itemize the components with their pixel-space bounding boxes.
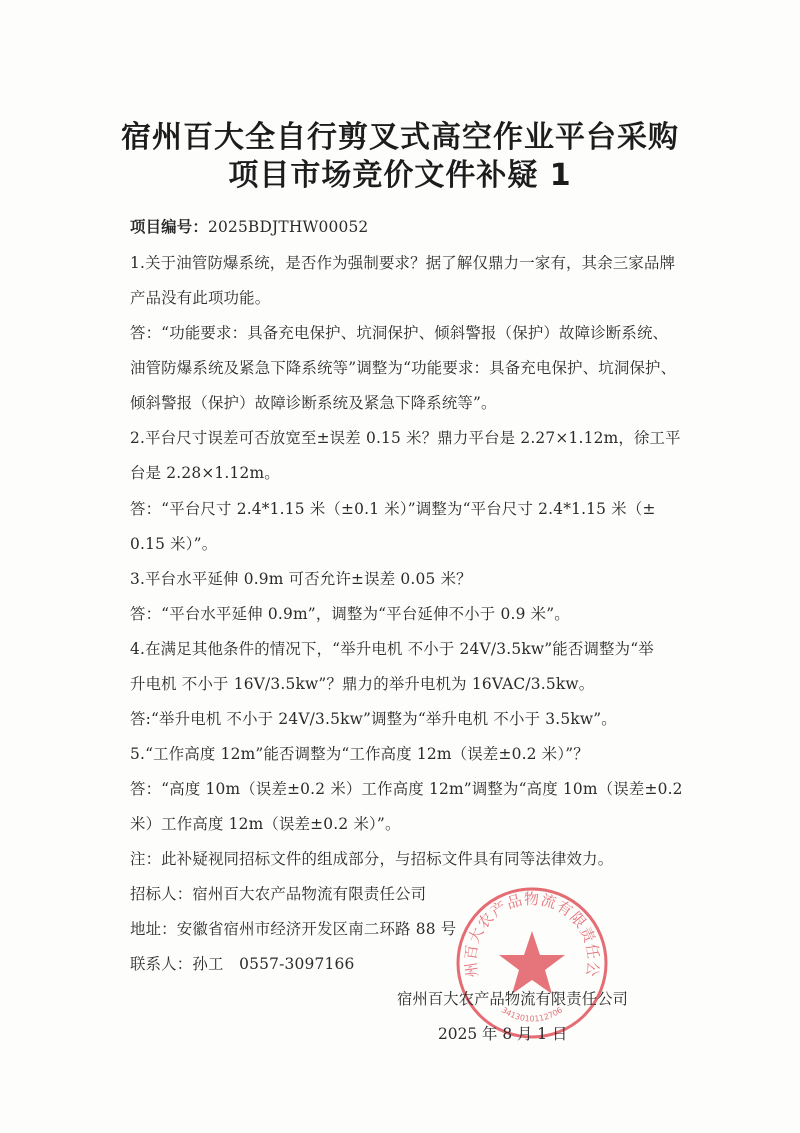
question-2-line-1: 2.平台尺寸误差可否放宽至±误差 0.15 米？鼎力平台是 2.27×1.12m…	[130, 426, 681, 448]
project-number: 项目编号：2025BDJTHW00052	[130, 215, 368, 237]
star-icon	[499, 931, 565, 994]
project-number-value: 2025BDJTHW00052	[208, 218, 368, 236]
signature-company: 宿州百大农产品物流有限责任公司	[397, 987, 628, 1009]
answer-2-line-2: 0.15 米）”。	[130, 532, 217, 554]
answer-3: 答：“平台水平延伸 0.9m”，调整为“平台延伸不小于 0.9 米”。	[130, 602, 570, 624]
question-5: 5.“工作高度 12m”能否调整为“工作高度 12m（误差±0.2 米）”？	[130, 742, 589, 764]
document-title-line-2: 项目市场竞价文件补疑 1	[0, 150, 800, 194]
company-seal-stamp: 宿州百大农产品物流有限责任公司 3413010112706	[452, 883, 612, 1043]
answer-5-line-2: 米）工作高度 12m（误差±0.2 米）”。	[130, 812, 401, 834]
project-number-label: 项目编号：	[130, 218, 208, 236]
address: 地址：安徽省宿州市经济开发区南二环路 88 号	[130, 917, 456, 939]
question-4-line-2: 升电机 不小于 16V/3.5kw”？鼎力的举升电机为 16VAC/3.5kw。	[130, 672, 594, 694]
answer-2-line-1: 答：“平台尺寸 2.4*1.15 米（±0.1 米）”调整为“平台尺寸 2.4*…	[130, 497, 656, 519]
answer-5-line-1: 答：“高度 10m（误差±0.2 米）工作高度 12m”调整为“高度 10m（误…	[130, 777, 683, 799]
answer-1-line-2: 油管防爆系统及紧急下降系统等”调整为“功能要求：具备充电保护、坑洞保护、	[130, 356, 676, 378]
question-1-line-2: 产品没有此项功能。	[130, 286, 270, 308]
question-2-line-2: 台是 2.28×1.12m。	[130, 461, 280, 483]
signature-date: 2025 年 8 月 1 日	[438, 1022, 567, 1044]
tenderer: 招标人：宿州百大农产品物流有限责任公司	[130, 882, 426, 904]
svg-text:宿州百大农产品物流有限责任公司: 宿州百大农产品物流有限责任公司	[452, 883, 602, 979]
question-1-line-1: 1.关于油管防爆系统，是否作为强制要求？据了解仅鼎力一家有，其余三家品牌	[130, 251, 675, 273]
contact: 联系人：孙工 0557-3097166	[130, 952, 354, 974]
answer-4: 答:“举升电机 不小于 24V/3.5kw”调整为“举升电机 不小于 3.5kw…	[130, 707, 617, 729]
question-4-line-1: 4.在满足其他条件的情况下，“举升电机 不小于 24V/3.5kw”能否调整为“…	[130, 637, 654, 659]
question-3: 3.平台水平延伸 0.9m 可否允许±误差 0.05 米？	[130, 567, 472, 589]
answer-1-line-1: 答：“功能要求：具备充电保护、坑洞保护、倾斜警报（保护）故障诊断系统、	[130, 321, 668, 343]
answer-1-line-3: 倾斜警报（保护）故障诊断系统及紧急下降系统等”。	[130, 391, 497, 413]
note: 注：此补疑视同招标文件的组成部分，与招标文件具有同等法律效力。	[130, 847, 613, 869]
